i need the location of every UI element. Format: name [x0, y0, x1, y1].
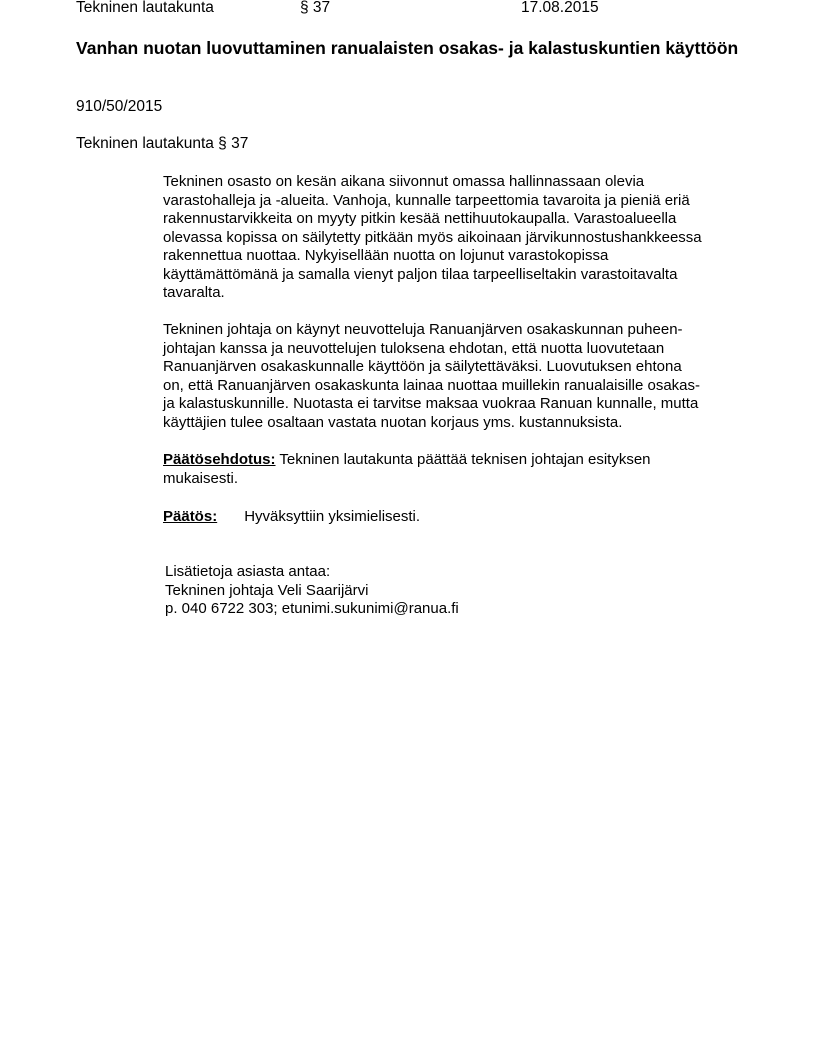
body-paragraph: Tekninen osasto on kesän aikana siivonnu…: [163, 173, 753, 303]
decision-text: Hyväksyttiin yksimielisesti.: [244, 508, 420, 527]
decision: Päätös:Hyväksyttiin yksimielisesti.: [163, 508, 753, 527]
contact-details: p. 040 6722 303; etunimi.sukunimi@ranua.…: [165, 600, 459, 619]
header-section-number: § 37: [300, 0, 330, 17]
contact-intro: Lisätietoja asiasta antaa:: [165, 563, 459, 582]
proposal-label: Päätösehdotus:: [163, 451, 276, 468]
contact-info: Lisätietoja asiasta antaa: Tekninen joht…: [165, 563, 459, 619]
header-board-name: Tekninen lautakunta: [76, 0, 214, 17]
diary-number: 910/50/2015: [76, 98, 162, 116]
decision-proposal: Päätösehdotus: Tekninen lautakunta päätt…: [163, 451, 753, 488]
decision-label: Päätös:: [163, 508, 217, 525]
body-paragraph: Tekninen johtaja on käynyt neuvotteluja …: [163, 321, 753, 432]
contact-name: Tekninen johtaja Veli Saarijärvi: [165, 582, 459, 601]
section-reference: Tekninen lautakunta § 37: [76, 135, 248, 153]
header-meeting-date: 17.08.2015: [521, 0, 599, 17]
document-title: Vanhan nuotan luovuttaminen ranualaisten…: [76, 37, 756, 59]
